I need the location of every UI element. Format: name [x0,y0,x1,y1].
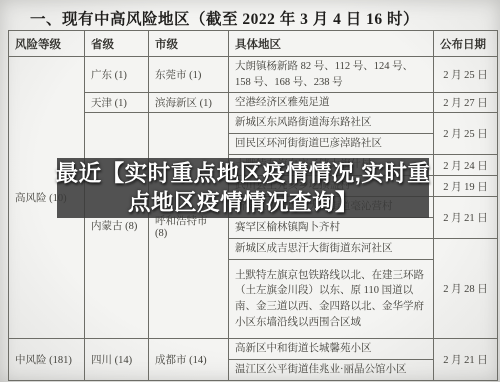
header-publish-date: 公布日期 [434,31,498,57]
table-row: 中风险 (181) 四川 (14) 成都市 (14) 高新区中和街道长城馨苑小区… [9,339,498,360]
cell-province-guangdong: 广东 (1) [85,57,149,93]
cell-date: 2 月 28 日 [434,239,498,339]
cell-risk-medium: 中风险 (181) [9,339,85,381]
cell-date: 2 月 27 日 [434,93,498,113]
cell-province-tianjin: 天津 (1) [85,93,149,113]
cell-province-neimenggu: 内蒙古 (8) [85,113,149,339]
page-title: 一、现有中高风险地区（截至 2022 年 3 月 4 日 16 时） [30,7,490,29]
cell-date: 2 月 21 日 [434,197,498,239]
cell-date: 2 月 21 日 [434,339,498,381]
header-city: 市级 [149,31,229,57]
cell-city-binhai: 滨海新区 (1) [149,93,229,113]
header-province: 省级 [85,31,149,57]
cell-date: 2 月 19 日 [434,176,498,197]
watermark-line-2: 点地区疫情情况查询】 [128,188,358,217]
cell-area-konggang: 空港经济区雅苑足道 [229,93,434,113]
watermark-overlay: 最近【实时重点地区疫情情况,实时重 点地区疫情情况查询】 [57,158,429,218]
cell-area-donghe: 新城区成吉思汗大街街道东河社区 [229,239,434,260]
cell-area-jingbao-railway: 土默特左旗京包铁路线以北、在建三环路（土左旗金川段）以东、原 110 国道以南、… [229,260,434,339]
table-header-row: 风险等级 省级 市级 具体地区 公布日期 [9,31,498,57]
watermark-line-1: 最近【实时重点地区疫情情况,实时重 [56,159,431,188]
cell-city-huhehaote: 呼和浩特市 (8) [149,113,229,339]
table-row: 高风险 (10) 广东 (1) 东莞市 (1) 大朗镇杨新路 82 号、112 … [9,57,498,93]
header-risk-level: 风险等级 [9,31,85,57]
cell-date: 2 月 25 日 [434,57,498,93]
cell-area-wenjiang: 温江区公平街道佳兆业·丽晶公馆小区 [229,360,434,381]
cell-area-haidonglu: 新城区东风路街道海东路社区 [229,113,434,134]
cell-date: 2 月 24 日 [434,155,498,176]
cell-city-chengdu: 成都市 (14) [149,339,229,381]
cell-area-taobuqi: 赛罕区榆林镇陶卜齐村 [229,218,434,239]
cell-province-sichuan: 四川 (14) [85,339,149,381]
cell-date: 2 月 25 日 [434,113,498,155]
cell-area-dalang: 大朗镇杨新路 82 号、112 号、124 号、158 号、168 号、238 … [229,57,434,93]
cell-area-huiminqu: 回民区环河街街道巴彦淖路社区 [229,134,434,155]
cell-area-changcheng: 高新区中和街道长城馨苑小区 [229,339,434,360]
cell-city-dongguan: 东莞市 (1) [149,57,229,93]
header-area: 具体地区 [229,31,434,57]
document-photo: 一、现有中高风险地区（截至 2022 年 3 月 4 日 16 时） 风险等级 … [0,0,500,382]
